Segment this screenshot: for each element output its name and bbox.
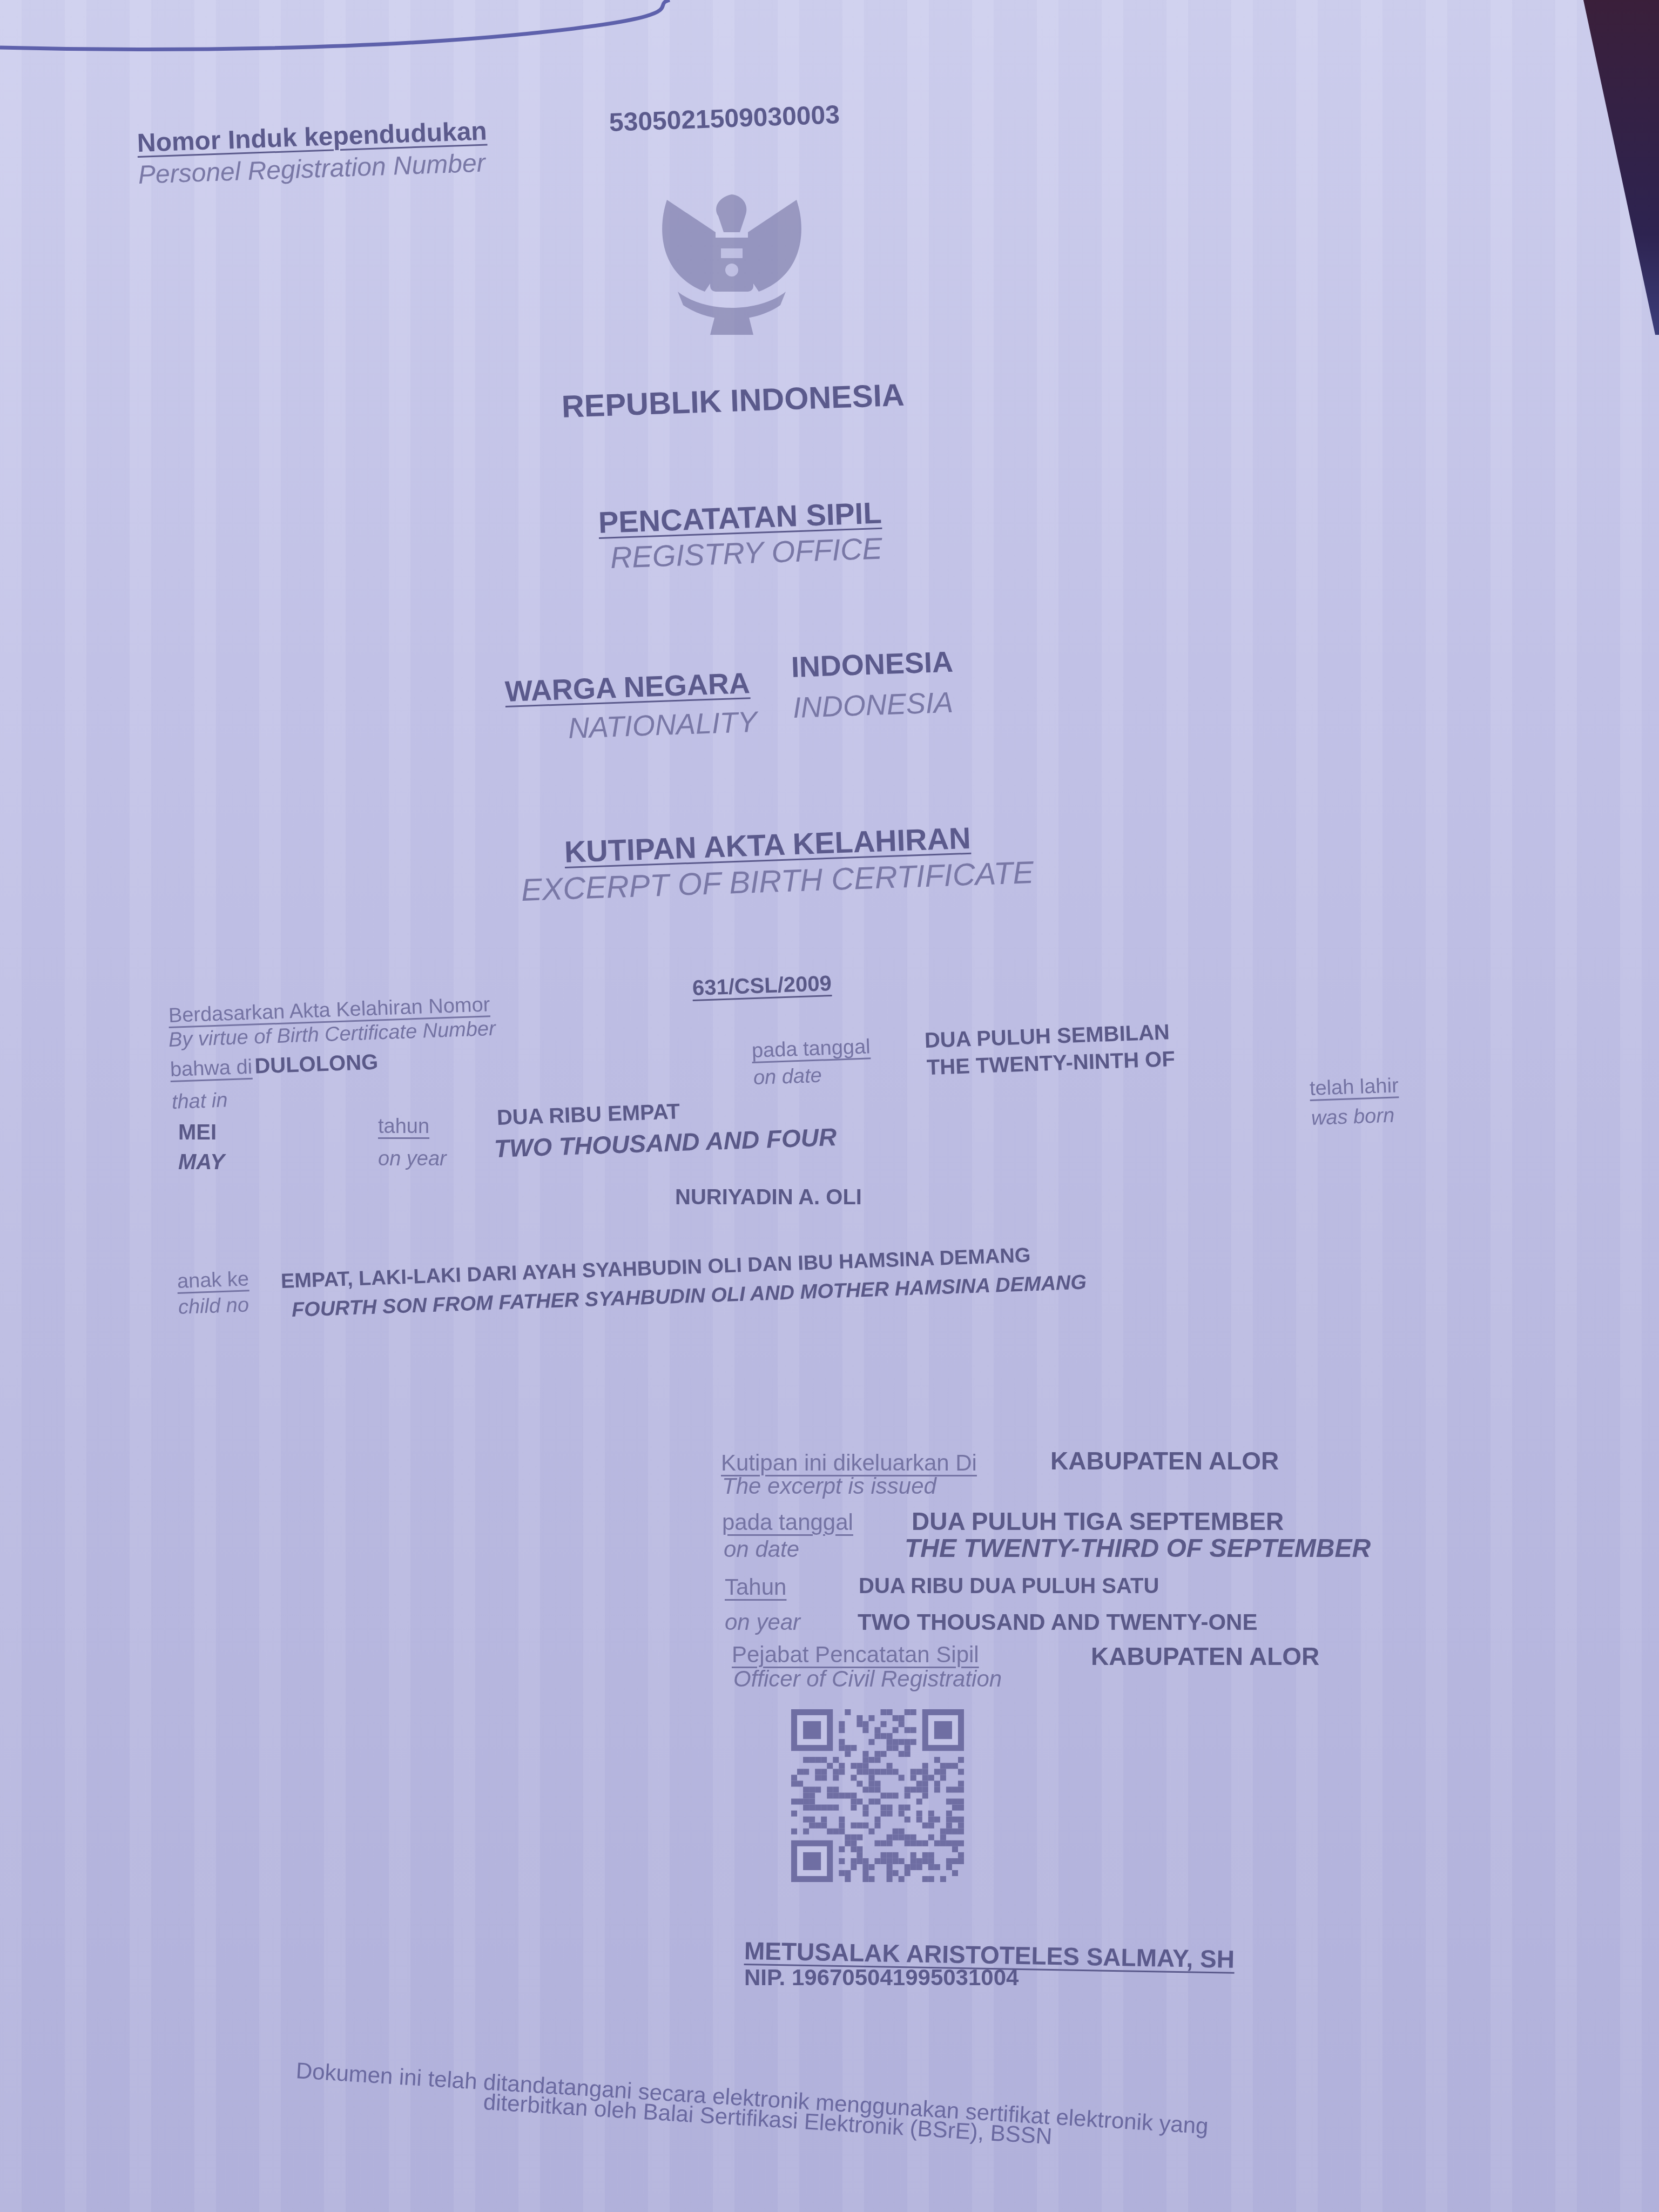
child-label-id: anak ke [177, 1267, 249, 1293]
birth-year-label-en: on year [378, 1148, 447, 1171]
issued-label-id: Kutipan ini dikeluarkan Di [721, 1450, 977, 1476]
certificate-document: Nomor Induk kependudukan Personel Regist… [0, 0, 1659, 2212]
birth-date-label-id: pada tanggal [751, 1035, 871, 1063]
birth-place-label-en: that in [171, 1089, 228, 1114]
issue-year-en: TWO THOUSAND AND TWENTY-ONE [858, 1609, 1257, 1635]
officer-label-id: Pejabat Pencatatan Sipil [732, 1642, 979, 1668]
issue-date-id: DUA PULUH TIGA SEPTEMBER [912, 1507, 1284, 1536]
verification-qr-icon[interactable] [791, 1709, 964, 1882]
nationality-label-id: WARGA NEGARA [504, 666, 751, 709]
child-name: NURIYADIN A. OLI [675, 1185, 862, 1210]
issue-date-en: THE TWENTY-THIRD OF SEPTEMBER [905, 1534, 1371, 1563]
nationality-label-en: NATIONALITY [568, 705, 758, 745]
child-label-en: child no [178, 1293, 249, 1319]
issue-year-label-id: Tahun [725, 1574, 786, 1600]
country-title: REPUBLIK INDONESIA [561, 377, 905, 425]
garuda-emblem-icon [645, 184, 818, 346]
issue-year-id: DUA RIBU DUA PULUH SATU [859, 1574, 1159, 1599]
officer-label-en: Officer of Civil Registration [733, 1666, 1002, 1692]
officer-region: KABUPATEN ALOR [1091, 1642, 1319, 1671]
birth-day-en: THE TWENTY-NINTH OF [926, 1047, 1175, 1080]
nationality-value-id: INDONESIA [791, 645, 954, 684]
birth-month-id: MEI [178, 1121, 217, 1145]
birth-place-label-id: bahwa di [170, 1056, 252, 1081]
nik-label: Nomor Induk kependudukan Personel Regist… [137, 116, 489, 190]
issued-label-en: The excerpt is issued [722, 1473, 936, 1499]
birth-month-en: MAY [178, 1150, 225, 1175]
issued-place: KABUPATEN ALOR [1050, 1446, 1279, 1475]
signatory-nip: NIP. 196705041995031004 [744, 1965, 1019, 1991]
birth-year-id: DUA RIBU EMPAT [496, 1100, 680, 1130]
issue-date-label-en: on date [724, 1536, 799, 1562]
issue-year-label-en: on year [725, 1609, 800, 1635]
birth-place-row: bahwa di DULOLONG [170, 1050, 379, 1082]
birth-place: DULOLONG [254, 1050, 379, 1078]
issue-date-label-id: pada tanggal [722, 1509, 853, 1535]
born-label-en: was born [1311, 1104, 1395, 1130]
registration-number: 631/CSL/2009 [692, 972, 832, 1001]
birth-date-label-en: on date [753, 1064, 822, 1090]
nik-value: 5305021509030003 [609, 100, 840, 138]
birth-year-label-id: tahun [378, 1115, 429, 1138]
born-label-id: telah lahir [1309, 1074, 1399, 1101]
nationality-value-en: INDONESIA [792, 686, 954, 725]
